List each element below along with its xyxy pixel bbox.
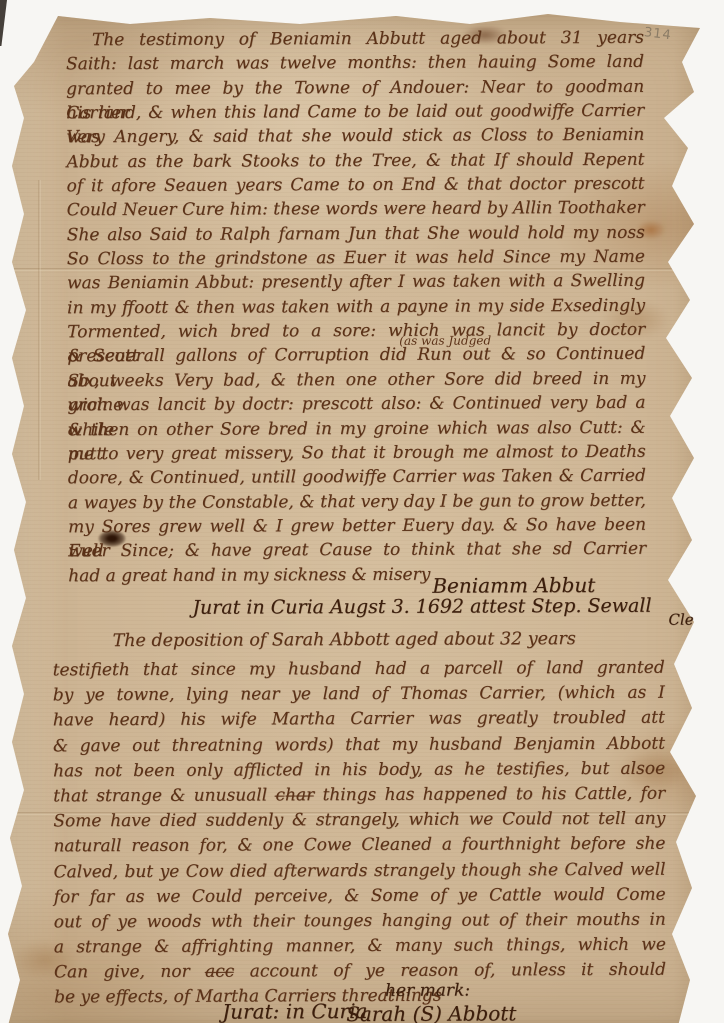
manuscript-line: Very Angery, & said that she would stick… [66,123,644,150]
clerk-abbreviation: Cle [668,611,693,629]
manuscript-line: She also Said to Ralph farnam Jun that S… [67,221,645,248]
manuscript-line: So Closs to the grindstone as Euer it wa… [67,245,645,272]
manuscript-line: his land, & when this land Came to be la… [66,99,644,126]
manuscript-line: granted to mee by the Towne of Andouer: … [66,74,644,101]
manuscript-line: of it afore Seauen years Came to on End … [67,172,645,199]
manuscript-line: naturall reason for, & one Cowe Cleaned … [53,832,665,860]
manuscript-line: doore, & Continued, untill goodwiffe Car… [68,464,646,491]
manuscript-line: Can give, nor a̶c̶c̶ account of ye reaso… [54,958,666,986]
manuscript-line: Calved, but ye Cow died afterwards stran… [54,857,666,885]
manuscript-line: me to very great missery, So that it bro… [68,440,646,467]
manuscript-line: was Beniamin Abbut: presently after I wa… [67,269,645,296]
deposition-sarah-abbott: testifieth that since my husband had a p… [53,656,667,1011]
manuscript-line: a wayes by the Constable, & that very da… [68,488,646,515]
manuscript-line: my Sores grew well & I grew better Euery… [68,513,646,540]
manuscript-line: for far as we Could perceive, & Some of … [54,882,666,910]
manuscript-line: out of ye woods wth their tounges hangin… [54,908,666,936]
signature-sarah-abbott: Sarah (S) Abbott [346,1001,516,1023]
manuscript-line: has not been only afflicted in his body,… [53,756,665,784]
manuscript-line: Could Neuer Cure him: these words were h… [67,196,645,223]
manuscript-line: by ye towne, lying near ye land of Thoma… [53,681,665,709]
folio-number-pencil: 314 [643,25,672,43]
testimony-benjamin-abbott: The testimony of Beniamin Abbutt aged ab… [66,26,646,588]
manuscript-line: have heard) his wife Martha Carrier was … [53,706,665,734]
manuscript-line: a strange & affrighting manner, & many s… [54,933,666,961]
manuscript-line: & gave out threatning words) that my hus… [53,731,665,759]
manuscript-line: The testimony of Beniamin Abbutt aged ab… [66,26,644,53]
manuscript-line: Saith: last march was twelve months: the… [66,50,644,77]
manuscript-line: & then on other Sore bred in my groine w… [68,415,646,442]
manuscript-line: wich was lancit by doctr: prescott also:… [67,391,645,418]
jurat-attestation-line: Jurat in Curia Augst 3. 1692 attest Step… [192,595,651,619]
her-mark-label: her mark: [385,981,470,1001]
manuscript-line: Tormented, wich bred to a sore: which wa… [67,318,645,345]
deposition-heading-sarah-abbott: The deposition of Sarah Abbott aged abou… [113,629,633,651]
manuscript-line: Six, weeks Very bad, & then one other So… [67,367,645,394]
manuscript-text-layer: The testimony of Beniamin Abbutt aged ab… [0,0,724,1023]
signature-benjamin-abbott: Beniamm Abbut [432,573,595,598]
manuscript-line: Euer Since; & have great Cause to think … [68,537,646,564]
manuscript-line: that strange & unusuall c̶h̶a̶r̶ things … [53,782,665,810]
manuscript-line: Abbut as the bark Stooks to the Tree, & … [66,147,644,174]
manuscript-line: testifieth that since my husband had a p… [53,656,665,684]
manuscript-line: & Seuerall gallons of Corruption did Run… [67,342,645,369]
manuscript-line: in my ffoott & then was taken with a pay… [67,294,645,321]
interlinear-insertion: (as was Judged [399,333,491,347]
scanned-document: The testimony of Beniamin Abbutt aged ab… [0,0,724,1023]
manuscript-line: Some have died suddenly & strangely, whi… [53,807,665,835]
